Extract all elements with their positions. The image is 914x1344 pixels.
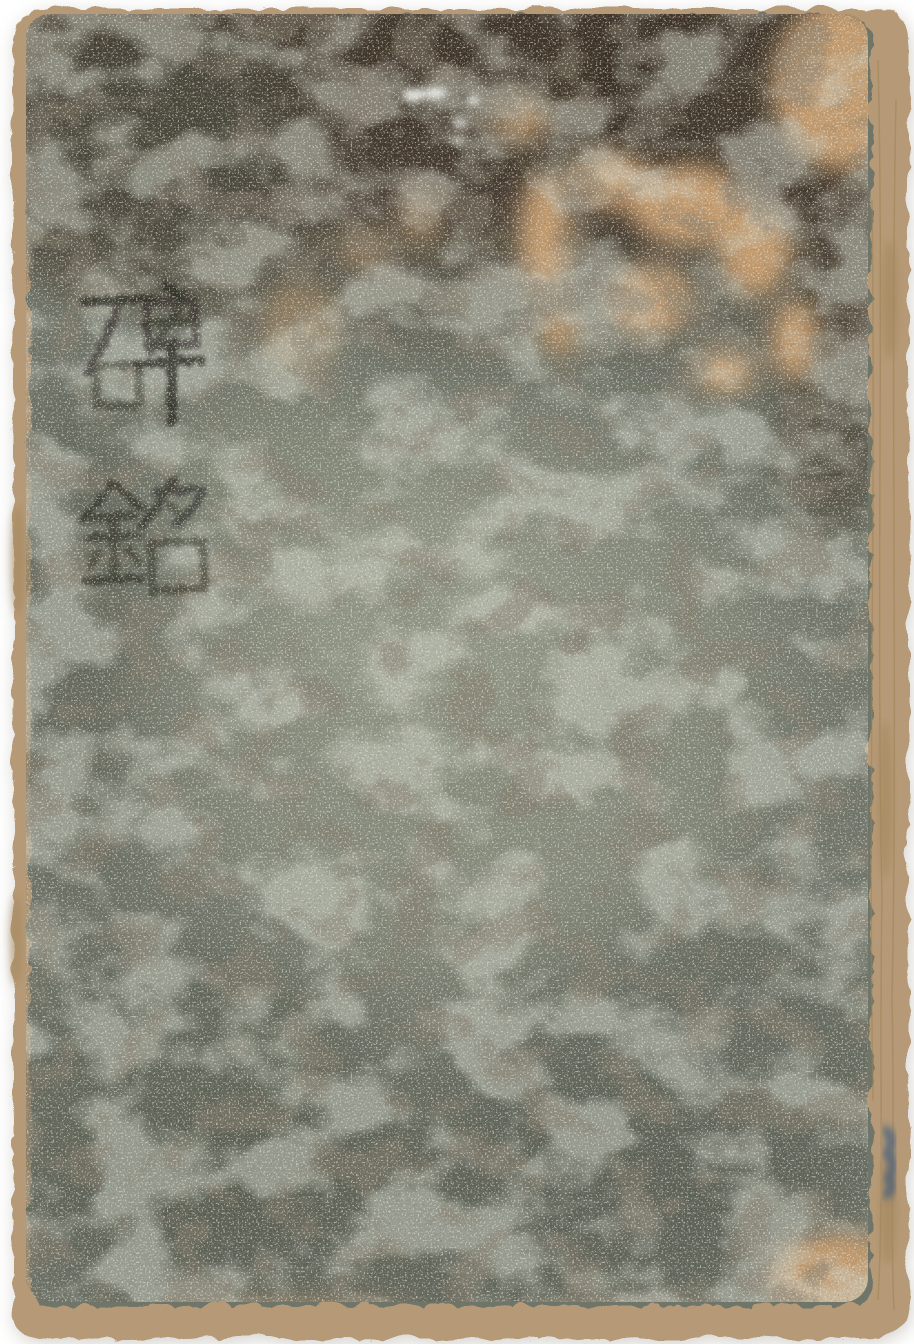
fray-shadow	[10, 895, 22, 985]
book-cover-illustration: 碑 銘	[0, 0, 914, 1344]
book-cover: 碑 銘	[0, 0, 914, 1340]
cloth-surface: 碑 銘	[0, 0, 914, 1340]
fray-shadow	[878, 720, 892, 880]
texture-weave	[26, 14, 868, 1302]
book-cover-photo: 碑 銘	[0, 0, 914, 1344]
fray-shadow	[11, 505, 25, 615]
paint-chip-fleck	[468, 95, 478, 105]
fray-shadow	[882, 240, 898, 360]
